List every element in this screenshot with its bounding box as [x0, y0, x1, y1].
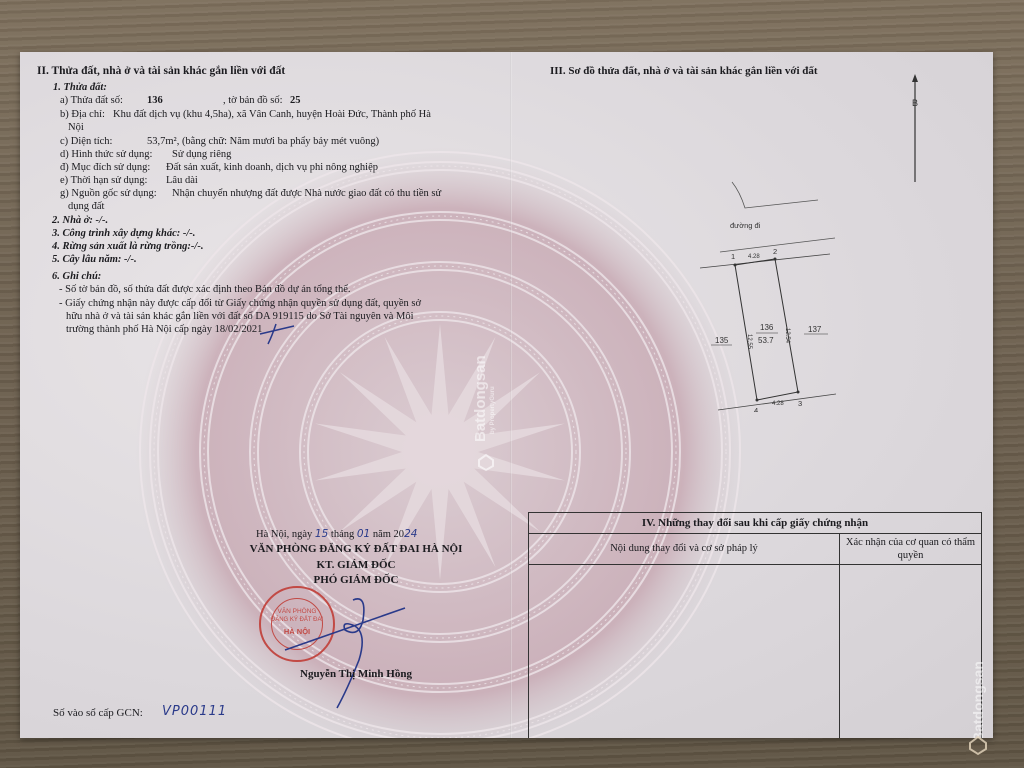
forest-item: 4. Rừng sản xuất là rừng trồng:-/-.: [52, 240, 203, 253]
svg-text:đường đi: đường đi: [730, 221, 761, 230]
issue-date: Hà Nội, ngày 15 tháng 01 năm 2024: [256, 528, 417, 541]
origin-line2: dụng đất: [68, 200, 104, 213]
registry-number: VP00111: [162, 705, 227, 718]
purpose-value: Đất sản xuất, kinh doanh, dịch vụ phi nô…: [166, 161, 378, 174]
notes-heading: 6. Ghi chú:: [52, 270, 101, 283]
batdongsan-logo-icon: [476, 452, 496, 472]
svg-text:135: 135: [715, 336, 729, 345]
year-label: năm 20: [373, 529, 404, 540]
registry-label: Số vào sổ cấp GCN:: [53, 707, 143, 720]
term-label: e) Thời hạn sử dụng:: [60, 174, 147, 187]
svg-text:3: 3: [798, 399, 802, 408]
note-2-line2: hữu nhà ở và tài sản khác gắn liền với đ…: [66, 310, 414, 323]
section-2-heading: II. Thửa đất, nhà ở và tài sản khác gắn …: [37, 65, 285, 78]
map-sheet-label: , tờ bản đồ số:: [223, 94, 283, 107]
svg-text:53.7: 53.7: [758, 336, 774, 345]
other-works-item: 3. Công trình xây dựng khác: -/-.: [52, 227, 195, 240]
section-4-heading: IV. Những thay đổi sau khi cấp giấy chứn…: [529, 513, 981, 534]
parcel-diagram: B đường đi 1 2 3 4 4.28 4.28 12.55 12.54…: [660, 72, 960, 412]
svg-text:4.28: 4.28: [748, 254, 760, 260]
svg-text:4: 4: [754, 406, 758, 412]
watermark-brand-corner: Batdongsan: [970, 661, 986, 738]
column-change-content: Nội dung thay đổi và cơ sở pháp lý: [529, 534, 839, 564]
land-heading: 1. Thửa đất:: [53, 81, 107, 94]
svg-text:137: 137: [808, 325, 822, 334]
use-form-value: Sử dụng riêng: [172, 148, 231, 161]
svg-text:4.28: 4.28: [772, 401, 784, 407]
svg-text:2: 2: [773, 247, 777, 256]
office-name: VĂN PHÒNG ĐĂNG KÝ ĐẤT ĐAI HÀ NỘI: [226, 543, 486, 556]
svg-text:136: 136: [760, 323, 774, 332]
address-line1: Khu đất dịch vụ (khu 4,5ha), xã Vân Canh…: [113, 108, 431, 121]
column-authority-confirmation: Xác nhận của cơ quan có thẩm quyền: [840, 534, 981, 566]
changes-table: IV. Những thay đổi sau khi cấp giấy chứn…: [528, 512, 982, 738]
initial-mark-icon: [258, 320, 298, 346]
signature-mark-icon: [275, 590, 415, 710]
date-year-suffix: 24: [404, 528, 417, 540]
month-label: tháng: [331, 529, 354, 540]
note-2-line3: trường thành phố Hà Nội cấp ngày 18/02/2…: [66, 323, 262, 336]
term-value: Lâu dài: [166, 174, 198, 187]
date-day: 15: [315, 528, 328, 540]
house-item: 2. Nhà ở: -/-.: [52, 214, 108, 227]
purpose-label: đ) Mục đích sử dụng:: [60, 161, 150, 174]
origin-line1: Nhận chuyển nhượng đất được Nhà nước gia…: [172, 187, 441, 200]
watermark-brand-center: Batdongsan: [472, 355, 489, 442]
parcel-number: 136: [147, 94, 163, 107]
address-label: b) Địa chỉ:: [60, 108, 105, 121]
svg-text:B: B: [912, 98, 918, 108]
note-1: - Số tờ bản đồ, số thửa đất được xác địn…: [59, 283, 351, 296]
svg-text:12.55: 12.55: [746, 334, 752, 350]
date-prefix: Hà Nội, ngày: [256, 529, 312, 540]
svg-text:1: 1: [731, 252, 735, 261]
area-value: 53,7m², (bằng chữ: Năm mươi ba phẩy bảy …: [147, 135, 379, 148]
signer-title: PHÓ GIÁM ĐỐC: [226, 574, 486, 587]
batdongsan-logo-corner-icon: [966, 733, 990, 757]
note-2-line1: - Giấy chứng nhận này được cấp đổi từ Gi…: [59, 297, 421, 310]
land-use-certificate-page: II. Thửa đất, nhà ở và tài sản khác gắn …: [20, 52, 993, 738]
perennial-item: 5. Cây lâu năm: -/-.: [52, 253, 137, 266]
page-fold: [510, 52, 512, 738]
map-sheet-number: 25: [290, 94, 301, 107]
address-line2: Nội: [68, 121, 84, 134]
date-month: 01: [357, 528, 370, 540]
parcel-label: a) Thửa đất số:: [60, 94, 123, 107]
svg-text:12.54: 12.54: [784, 328, 790, 344]
changes-table-header: Nội dung thay đổi và cơ sở pháp lý Xác n…: [529, 534, 981, 565]
origin-label: g) Nguồn gốc sử dụng:: [60, 187, 157, 200]
area-label: c) Diện tích:: [60, 135, 112, 148]
use-form-label: d) Hình thức sử dụng:: [60, 148, 152, 161]
on-behalf-title: KT. GIÁM ĐỐC: [226, 559, 486, 572]
watermark-sub-center: by PropertyGuru: [490, 386, 496, 434]
signer-name: Nguyễn Thị Minh Hồng: [226, 668, 486, 681]
